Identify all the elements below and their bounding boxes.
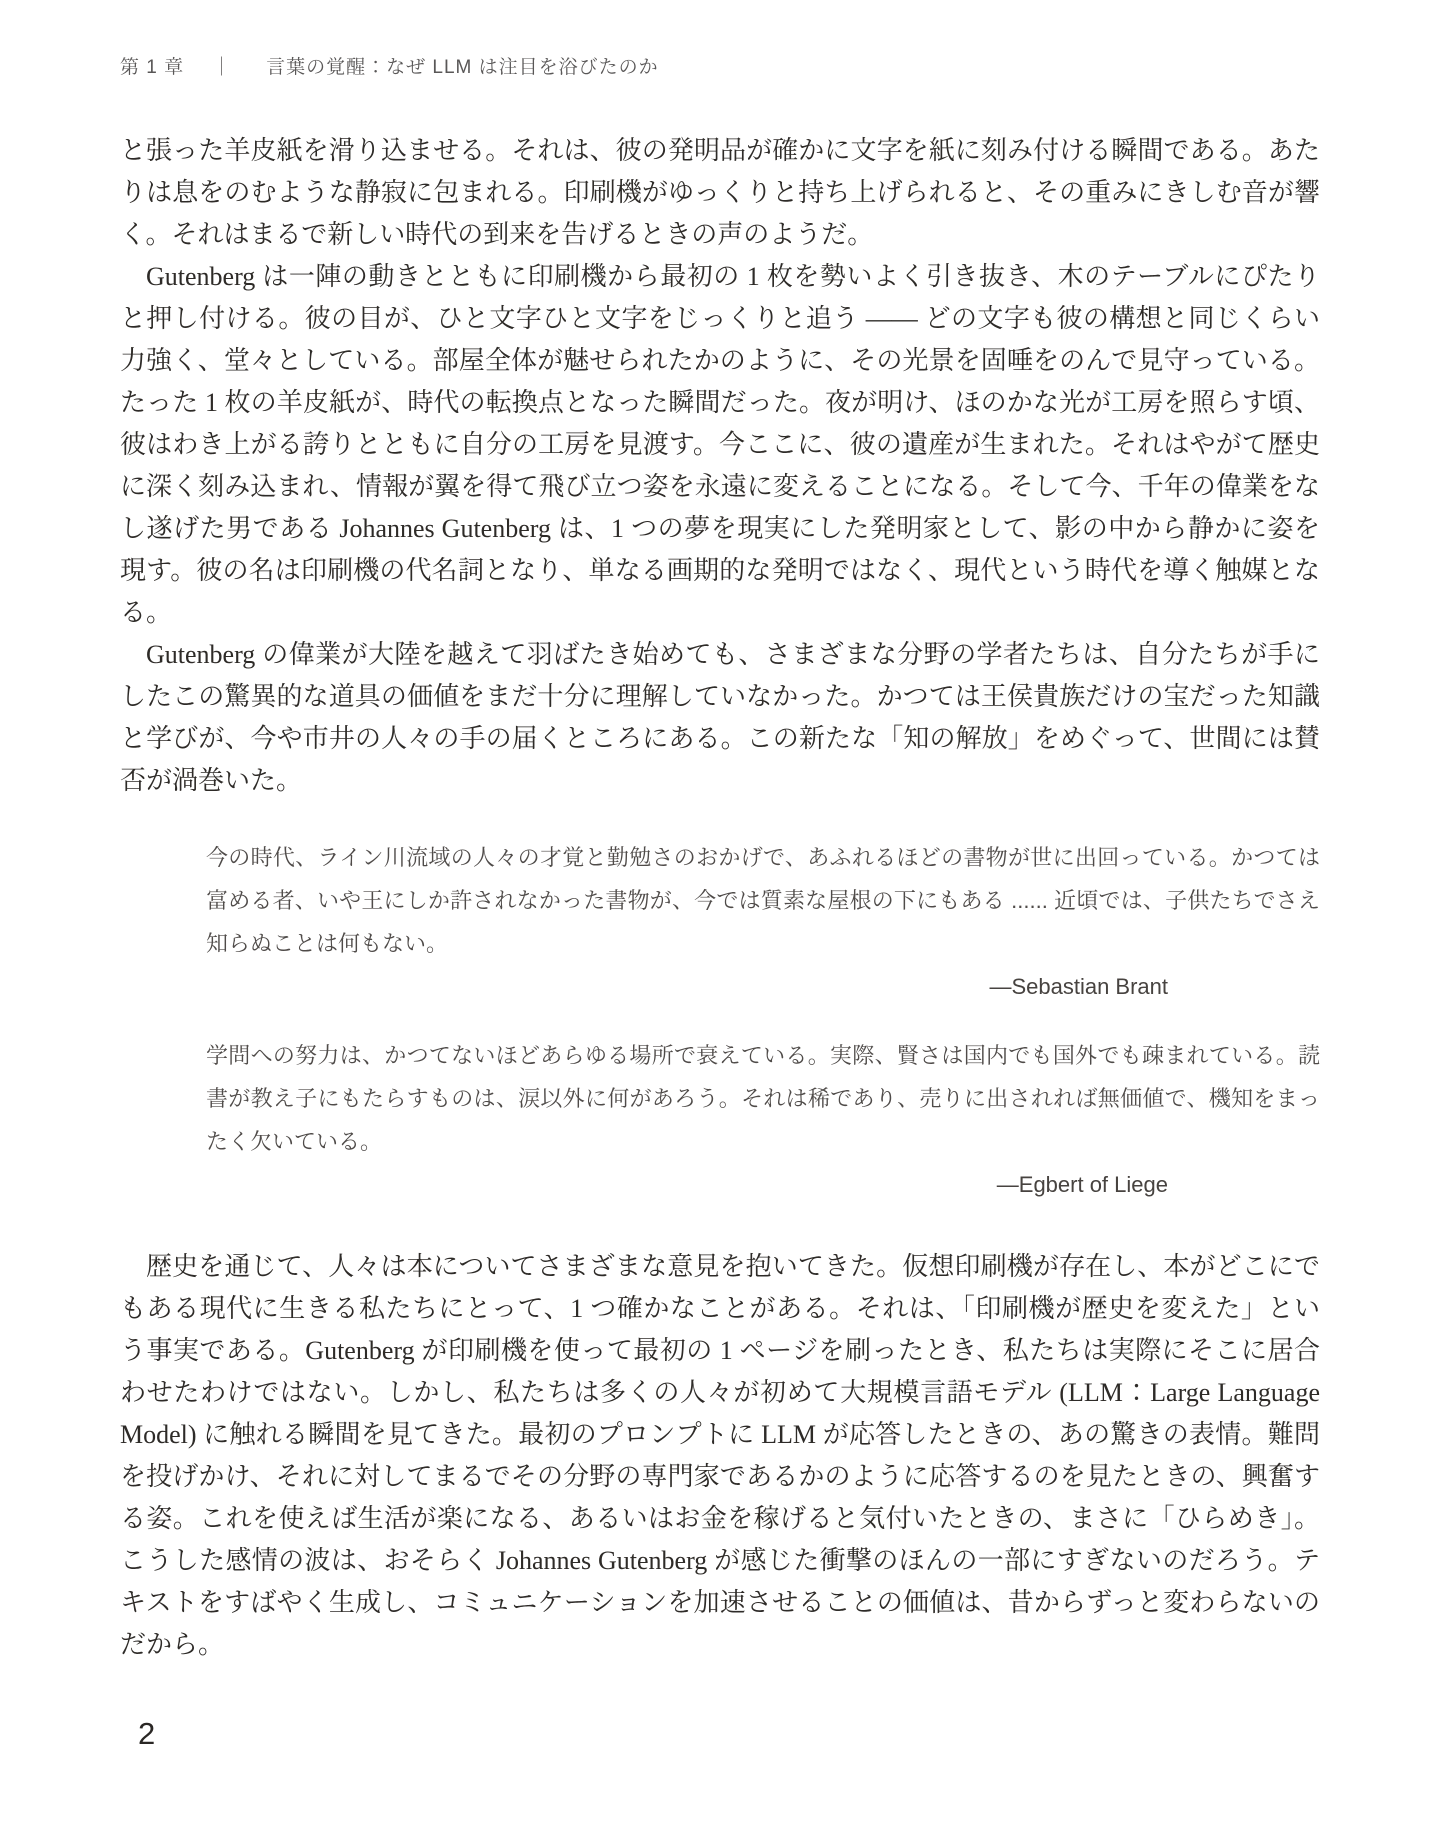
quote-text-egbert: 学問への努力は、かつてないほどあらゆる場所で衰えている。実際、賢さは国内でも国外…: [206, 1034, 1320, 1163]
header-separator: ｜: [212, 57, 232, 78]
chapter-number: 第 1 章: [120, 57, 184, 78]
quote-attribution-brant: —Sebastian Brant: [206, 965, 1320, 1008]
chapter-title: 言葉の覚醒：なぜ LLM は注目を浴びたのか: [266, 57, 659, 78]
quote-block-brant: 今の時代、ライン川流域の人々の才覚と勤勉さのおかげで、あふれるほどの書物が世に出…: [206, 836, 1320, 1008]
closing-paragraph: 歴史を通じて、人々は本についてさまざまな意見を抱いてきた。仮想印刷機が存在し、本…: [120, 1246, 1320, 1666]
running-header: 第 1 章｜言葉の覚醒：なぜ LLM は注目を浴びたのか: [120, 52, 659, 79]
page-number: 2: [138, 1716, 155, 1752]
paragraph-3: Gutenberg の偉業が大陸を越えて羽ばたき始めても、さまざまな分野の学者た…: [120, 634, 1320, 802]
book-page: 第 1 章｜言葉の覚醒：なぜ LLM は注目を浴びたのか と張った羊皮紙を滑り込…: [0, 0, 1433, 1827]
paragraph-1: と張った羊皮紙を滑り込ませる。それは、彼の発明品が確かに文字を紙に刻み付ける瞬間…: [120, 130, 1320, 256]
quote-text-brant: 今の時代、ライン川流域の人々の才覚と勤勉さのおかげで、あふれるほどの書物が世に出…: [206, 836, 1320, 965]
quote-attribution-egbert: —Egbert of Liege: [206, 1163, 1320, 1206]
page-content: と張った羊皮紙を滑り込ませる。それは、彼の発明品が確かに文字を紙に刻み付ける瞬間…: [120, 130, 1320, 1666]
paragraph-2: Gutenberg は一陣の動きとともに印刷機から最初の 1 枚を勢いよく引き抜…: [120, 256, 1320, 634]
quote-block-egbert: 学問への努力は、かつてないほどあらゆる場所で衰えている。実際、賢さは国内でも国外…: [206, 1034, 1320, 1206]
